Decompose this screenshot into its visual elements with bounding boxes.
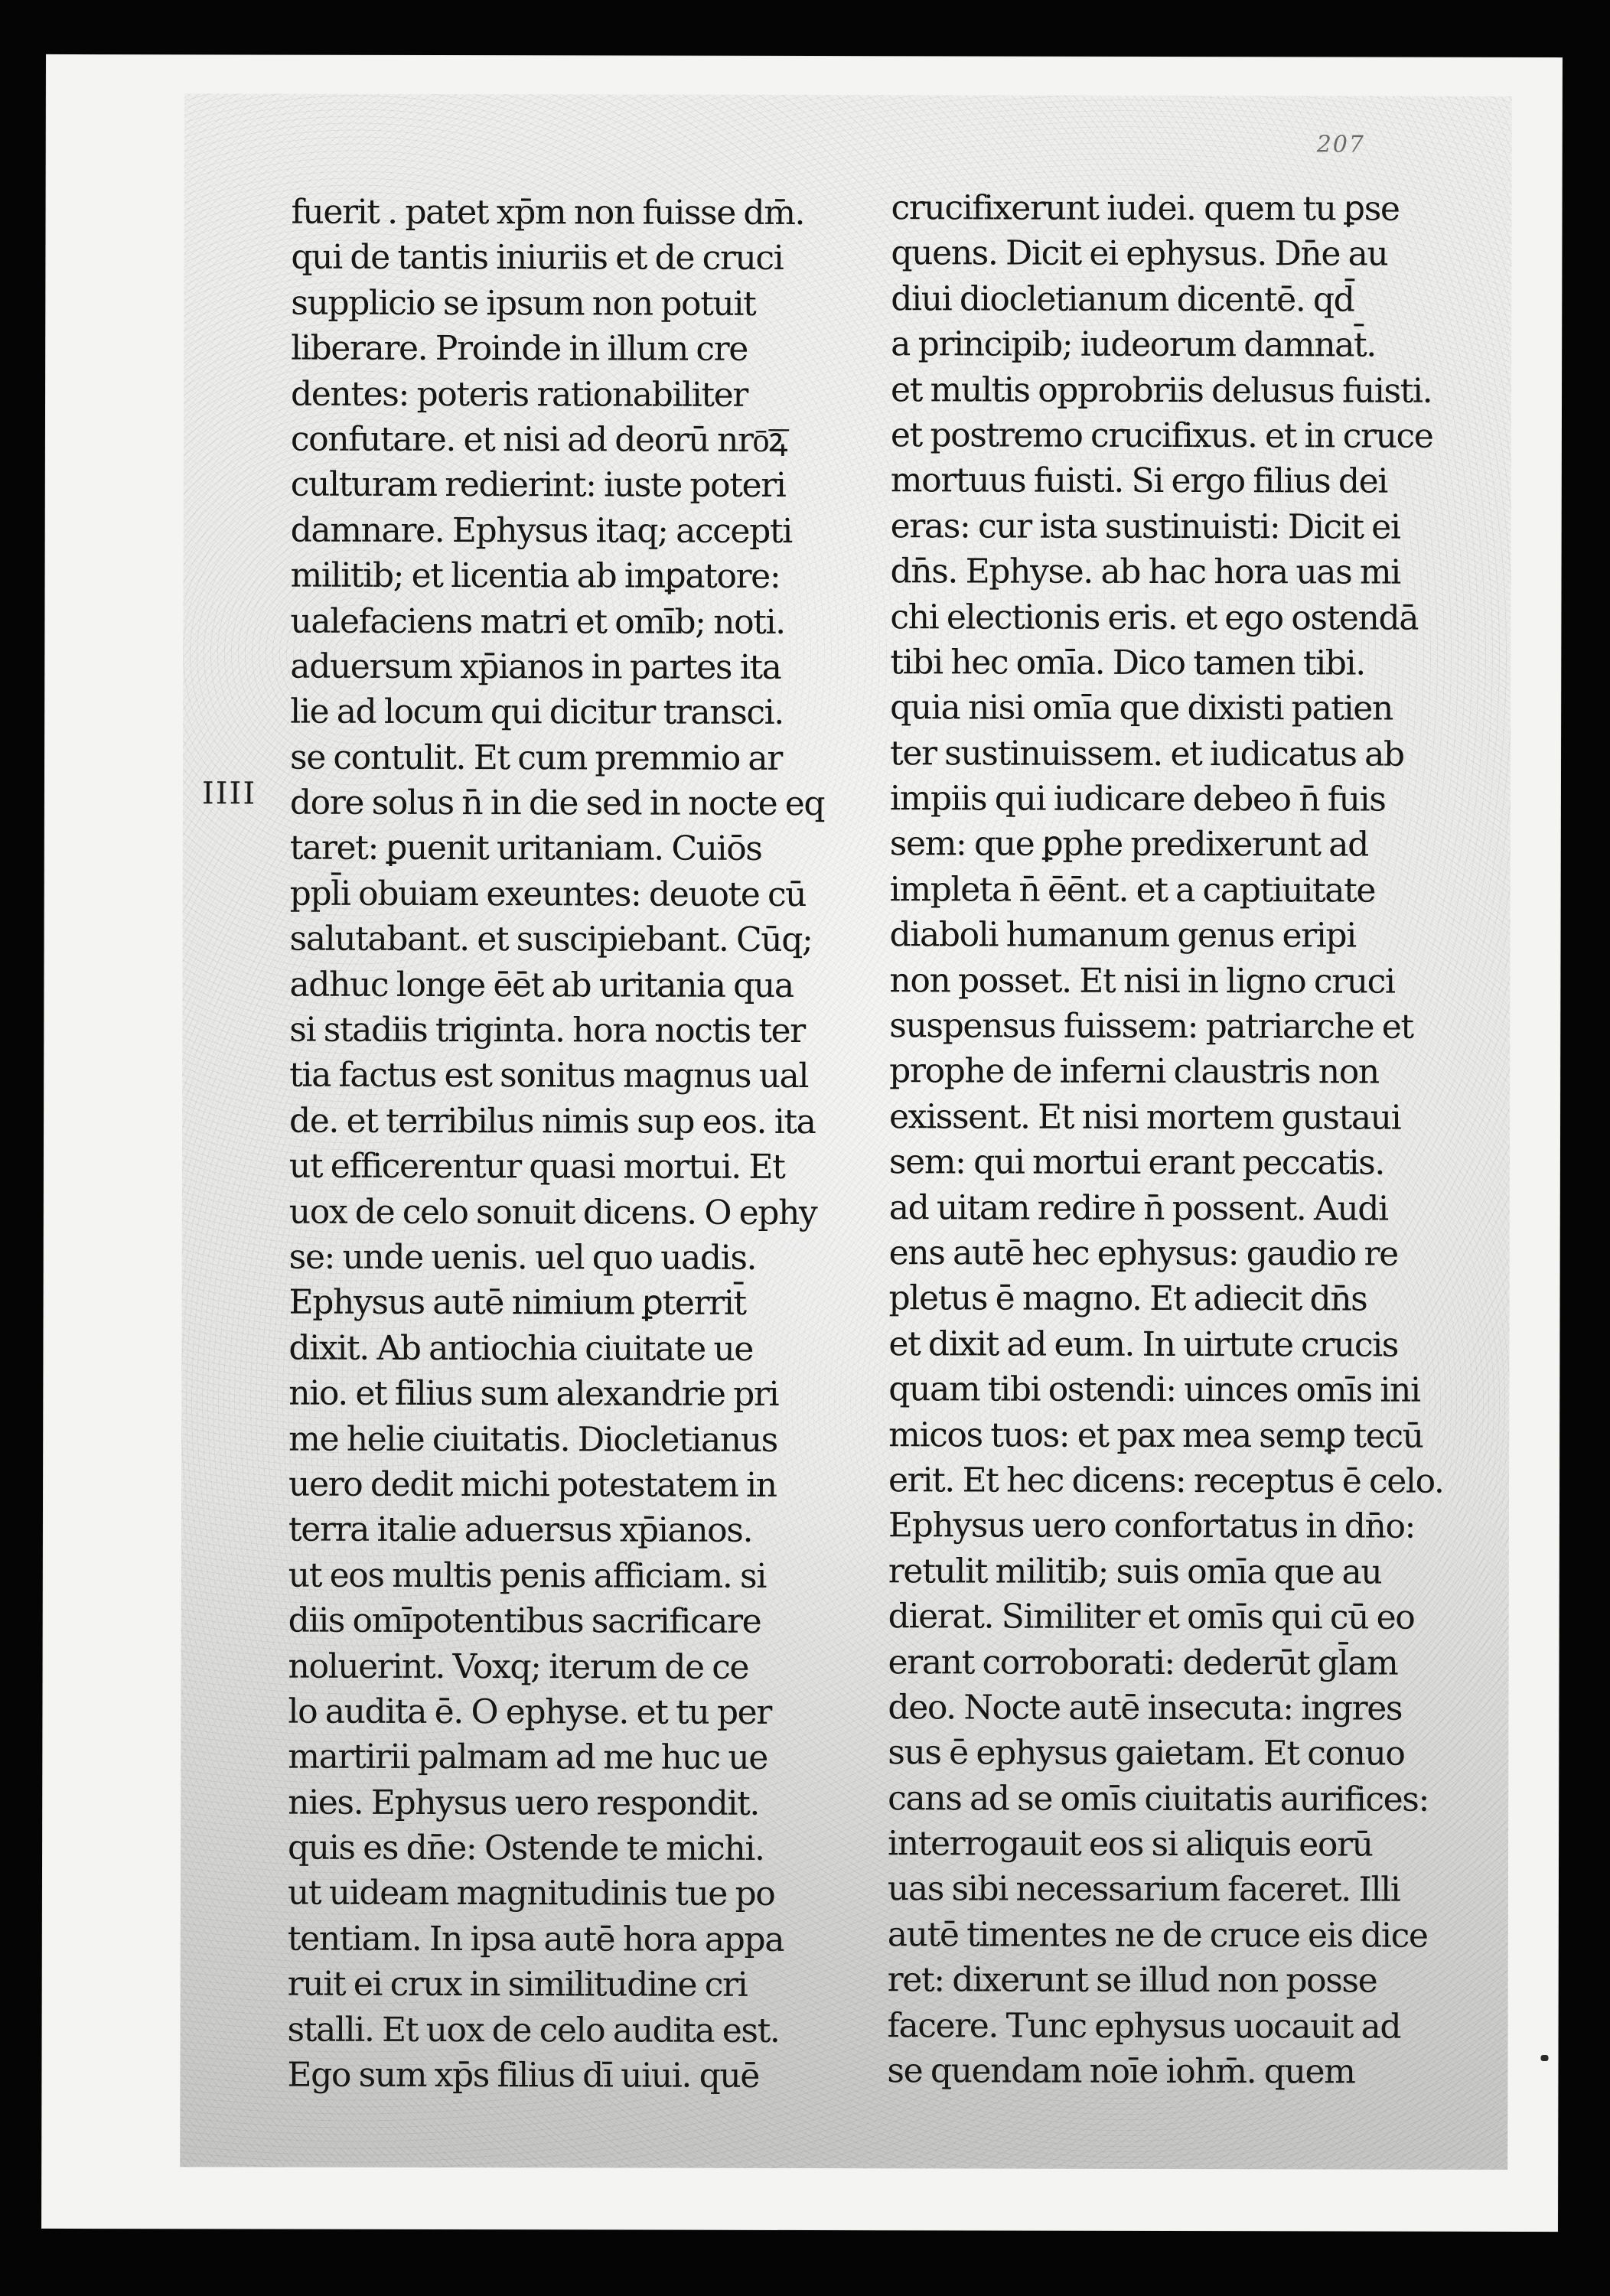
text-line: uox de celo sonuit dicens. O ephy	[289, 1189, 886, 1236]
text-line: dore solus n̄ in die sed in nocte eq	[290, 780, 887, 827]
text-line: se: unde uenis. uel quo uadis.	[289, 1235, 886, 1282]
text-line: quis es dn̄e: Ostende te michi.	[288, 1825, 885, 1872]
text-line: impiis qui iudicare debeo n̄ fuis	[890, 776, 1487, 822]
text-line: taret: ꝑuenit uritaniam. Cuiōs	[290, 826, 887, 872]
text-line: se quendam noīe iohm̄. quem	[887, 2048, 1484, 2095]
text-line: eras: cur ista sustinuisti: Dicit ei	[891, 503, 1488, 550]
text-line: ad uitam redire n̄ possent. Audi	[889, 1185, 1486, 1232]
text-line: erant corroborati: dederūt gl̄am	[888, 1640, 1485, 1686]
margin-speck	[1540, 2055, 1548, 2061]
text-line: ret: dixerunt se illud non posse	[888, 1957, 1485, 2004]
text-line: de. et terribilus nimis sup eos. ita	[289, 1098, 886, 1145]
text-line: ppl̄i obuiam exeuntes: deuote cū	[290, 871, 887, 917]
text-line: ualefaciens matri et omīb; noti.	[290, 598, 887, 645]
text-line: diui diocletianum dicentē. qd̄	[891, 276, 1488, 323]
text-line: adhuc longe ēēt ab uritania qua	[289, 962, 886, 1008]
text-line: sem: qui mortui erant peccatis.	[889, 1139, 1486, 1186]
text-line: et dixit ad eum. In uirtute crucis	[888, 1321, 1485, 1368]
text-line: nies. Ephysus uero respondit.	[288, 1780, 885, 1826]
text-line: quam tibi ostendi: uinces omīs ini	[888, 1366, 1485, 1413]
text-line: martirii palmam ad me huc ue	[288, 1734, 885, 1781]
text-line: supplicio se ipsum non potuit	[291, 280, 888, 327]
text-line: prophe de inferni claustris non	[889, 1049, 1486, 1096]
text-line: exissent. Et nisi mortem gustaui	[889, 1094, 1486, 1141]
text-line: ens autē hec ephysus: gaudio re	[889, 1230, 1486, 1277]
text-line: ut efficerentur quasi mortui. Et	[289, 1144, 886, 1190]
text-line: qui de tantis iniuriis et de cruci	[291, 235, 888, 282]
text-line: liberare. Proinde in illum cre	[291, 326, 888, 373]
text-line: aduersum xp̄ianos in partes ita	[290, 644, 887, 691]
marginal-numeral: IIII	[202, 776, 256, 811]
text-line: quia nisi omīa que dixisti patien	[890, 686, 1487, 732]
text-line: micos tuos: et pax mea semꝑ tecū	[888, 1412, 1485, 1459]
text-line: nio. et filius sum alexandrie pri	[288, 1371, 885, 1418]
text-line: sus ē ephysus gaietam. Et conuo	[888, 1731, 1485, 1777]
manuscript-image: 207 IIII fuerit . patet xp̄m non fuisse …	[180, 93, 1512, 2170]
text-line: crucifixerunt iudei. quem tu ꝑse	[891, 185, 1488, 232]
text-column-right: crucifixerunt iudei. quem tu ꝑse quens. …	[887, 185, 1488, 2095]
text-line: confutare. et nisi ad deorū nrō͞ꝝ	[291, 417, 888, 464]
text-line: suspensus fuissem: patriarche et	[889, 1003, 1486, 1050]
text-line: dierat. Similiter et omīs qui cū eo	[888, 1594, 1485, 1640]
text-line: dn̄s. Ephyse. ab hac hora uas mi	[891, 549, 1488, 595]
text-line: deo. Nocte autē insecuta: ingres	[888, 1685, 1485, 1731]
text-line: tentiam. In ipsa autē hora appa	[288, 1916, 885, 1962]
text-line: retulit militib; suis omīa que au	[888, 1549, 1485, 1595]
text-line: ut uideam magnitudinis tue po	[288, 1871, 885, 1917]
text-line: a principib; iudeorum damnat̄.	[891, 321, 1488, 368]
text-line: si stadiis triginta. hora noctis ter	[289, 1008, 886, 1054]
text-line: diaboli humanum genus eripi	[890, 912, 1487, 959]
text-line: me helie ciuitatis. Diocletianus	[288, 1416, 885, 1463]
text-line: Ego sum xp̄s filius dī uiui. quē	[287, 2053, 884, 2099]
text-line: facere. Tunc ephysus uocauit ad	[888, 2003, 1485, 2050]
text-line: ter sustinuissem. et iudicatus ab	[890, 731, 1487, 777]
text-line: tibi hec omīa. Dico tamen tibi.	[890, 640, 1487, 686]
text-line: lo audita ē. O ephyse. et tu per	[288, 1689, 885, 1735]
text-line: Ephysus autē nimium ꝑterrit̄	[288, 1280, 885, 1327]
text-line: se contulit. Et cum premmio ar	[290, 734, 887, 781]
text-line: erit. Et hec dicens: receptus ē celo.	[888, 1457, 1485, 1504]
text-line: lie ad locum qui dicitur transci.	[290, 689, 887, 736]
text-line: quens. Dicit ei ephysus. Dn̄e au	[891, 231, 1488, 278]
text-line: interrogauit eos si aliquis eorū	[888, 1821, 1485, 1868]
text-line: dixit. Ab antiochia ciuitate ue	[288, 1325, 885, 1372]
text-line: impleta n̄ ēēnt. et a captiuitate	[890, 867, 1487, 914]
text-line: et postremo crucifixus. et in cruce	[891, 412, 1488, 459]
text-line: culturam redierint: iuste poteri	[291, 462, 888, 509]
text-line: ut eos multis penis afficiam. si	[288, 1552, 885, 1599]
text-line: salutabant. et suscipiebant. Cūq;	[289, 917, 886, 963]
text-line: chi electionis eris. et ego ostendā	[890, 594, 1487, 641]
text-line: dentes: poteris rationabiliter	[291, 371, 888, 418]
text-line: ruit ei crux in similitudine cri	[288, 1962, 885, 2008]
text-line: diis omīpotentibus sacrificare	[288, 1598, 885, 1645]
text-line: militib; et licentia ab imꝑatore:	[290, 553, 887, 600]
text-line: tia factus est sonitus magnus ual	[289, 1053, 886, 1099]
text-line: fuerit . patet xp̄m non fuisse dm̄.	[291, 190, 888, 236]
text-line: noluerint. Voxq; iterum de ce	[288, 1643, 885, 1690]
text-line: uas sibi necessarium faceret. Illi	[888, 1867, 1485, 1913]
text-line: terra italie aduersus xp̄ianos.	[288, 1507, 885, 1554]
text-line: Ephysus uero confortatus in dn̄o:	[888, 1503, 1485, 1550]
text-line: non posset. Et nisi in ligno cruci	[889, 958, 1486, 1005]
text-line: pletus ē magno. Et adiecit dn̄s	[889, 1276, 1486, 1323]
photographic-print: 207 IIII fuerit . patet xp̄m non fuisse …	[42, 55, 1562, 2231]
text-line: et multis opprobriis delusus fuisti.	[891, 367, 1488, 414]
text-line: cans ad se omīs ciuitatis aurifices:	[888, 1776, 1485, 1822]
text-line: stalli. Et uox de celo audita est.	[288, 2007, 885, 2053]
text-line: sem: que ꝑphe predixerunt ad	[890, 822, 1487, 868]
folio-number: 207	[1317, 131, 1365, 158]
text-line: damnare. Ephysus itaq; accepti	[291, 507, 888, 554]
text-column-left: fuerit . patet xp̄m non fuisse dm̄. qui …	[287, 190, 888, 2099]
text-line: autē timentes ne de cruce eis dice	[888, 1912, 1485, 1959]
text-line: uero dedit michi potestatem in	[288, 1462, 885, 1509]
text-line: mortuus fuisti. Si ergo filius dei	[891, 458, 1488, 505]
